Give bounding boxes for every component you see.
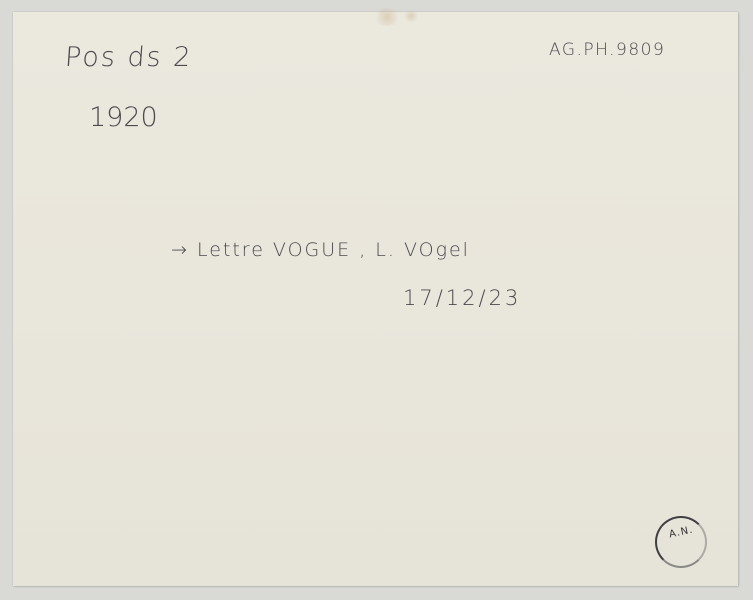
handwritten-year: 1920 [89,102,158,133]
paper-stain [373,8,401,26]
photo-back-card: Pos ds 2 1920 AG.PH.9809 → Lettre VOGUE … [13,12,738,586]
paper-stain [403,10,419,22]
handwritten-date: 17/12/23 [403,286,521,310]
handwritten-title: Pos ds 2 [64,42,194,73]
archive-stamp: A.N. [655,516,707,568]
handwritten-note: → Lettre VOGUE , L. VOgel [171,239,470,261]
handwritten-reference-number: AG.PH.9809 [549,40,665,60]
stamp-text: A.N. [668,525,694,541]
